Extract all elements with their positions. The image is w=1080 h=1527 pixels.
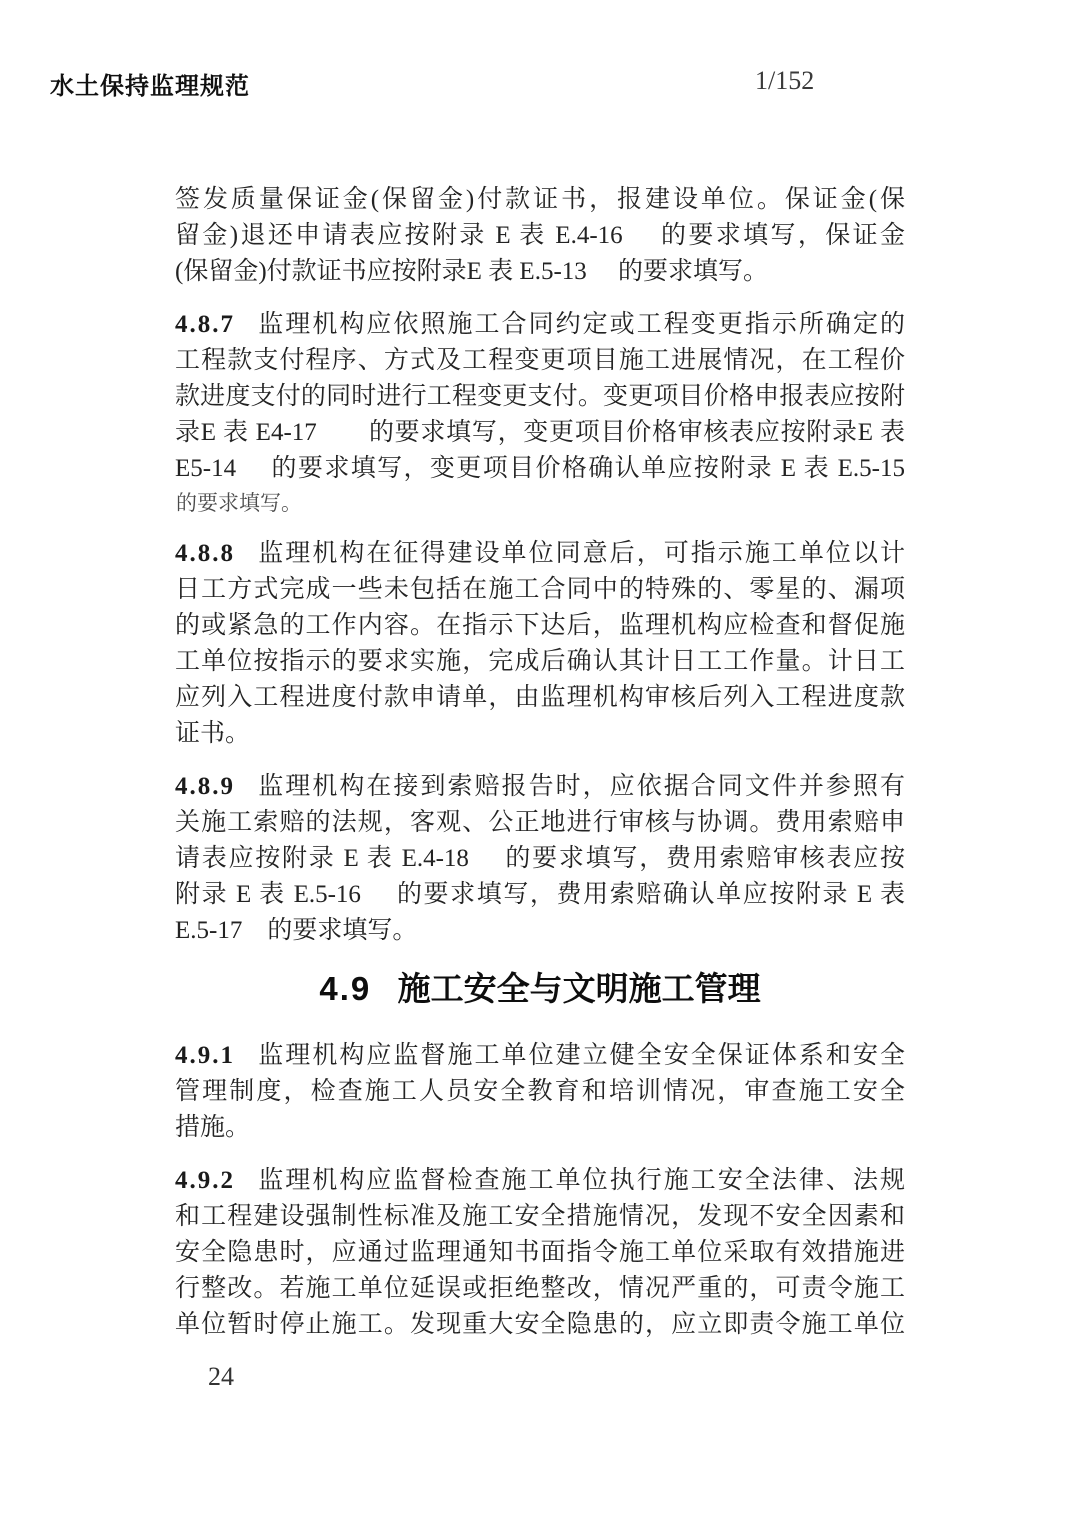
text-line: 4.9.1监理机构应监督施工单位建立健全安全保证体系和安全	[175, 1038, 905, 1074]
text-line: 款进度支付的同时进行工程变更支付。变更项目价格申报表应按附	[175, 379, 905, 415]
clause-number: 4.8.9	[175, 773, 235, 800]
text-line: 4.8.7监理机构应依照施工合同约定或工程变更指示所确定的	[175, 307, 905, 343]
text-line: 录E 表 E4-17 的要求填写，变更项目价格审核表应按附录E 表	[175, 415, 905, 451]
text-line: 4.9.2监理机构应监督检查施工单位执行施工安全法律、法规	[175, 1163, 905, 1199]
section-number: 4.9	[319, 970, 371, 1007]
text-line: 证书。	[175, 716, 905, 752]
text-line: 工单位按指示的要求实施，完成后确认其计日工工作量。计日工	[175, 644, 905, 680]
clause-4-8-8: 4.8.8监理机构在征得建设单位同意后，可指示施工单位以计日工方式完成一些未包括…	[175, 536, 905, 752]
text-line: 日工方式完成一些未包括在施工合同中的特殊的、零星的、漏项	[175, 572, 905, 608]
section-heading: 4.9施工安全与文明施工管理	[175, 966, 905, 1012]
clause-4-9-2: 4.9.2监理机构应监督检查施工单位执行施工安全法律、法规和工程建设强制性标准及…	[175, 1163, 905, 1343]
continuation-line: 的要求填写。	[176, 487, 905, 519]
paragraph: 签发质量保证金(保留金)付款证书，报建设单位。保证金(保留金)退还申请表应按附录…	[175, 182, 905, 290]
clause-number: 4.8.8	[175, 540, 235, 567]
text-line: 留金)退还申请表应按附录 E 表 E.4-16 的要求填写，保证金	[175, 218, 905, 254]
page-header: 水土保持监理规范 1/152	[50, 66, 1030, 100]
text-line: 管理制度，检查施工人员安全教育和培训情况，审查施工安全	[175, 1074, 905, 1110]
clause-number: 4.8.7	[175, 311, 235, 338]
doc-title: 水土保持监理规范	[50, 66, 250, 101]
page-indicator: 1/152	[755, 66, 814, 96]
clause-4-8-7: 4.8.7监理机构应依照施工合同约定或工程变更指示所确定的工程款支付程序、方式及…	[175, 307, 905, 487]
clause-number: 4.9.2	[175, 1167, 235, 1194]
footer-page-number: 24	[208, 1362, 234, 1392]
text-line: 签发质量保证金(保留金)付款证书，报建设单位。保证金(保	[175, 182, 905, 218]
text-line: 附录 E 表 E.5-16 的要求填写，费用索赔确认单应按附录 E 表	[175, 877, 905, 913]
text-line: 关施工索赔的法规，客观、公正地进行审核与协调。费用索赔申	[175, 805, 905, 841]
text-line: 安全隐患时，应通过监理通知书面指令施工单位采取有效措施进	[175, 1235, 905, 1271]
text-line: 4.8.8监理机构在征得建设单位同意后，可指示施工单位以计	[175, 536, 905, 572]
clause-number: 4.9.1	[175, 1042, 235, 1069]
clause-4-8-9: 4.8.9监理机构在接到索赔报告时，应依据合同文件并参照有关施工索赔的法规，客观…	[175, 769, 905, 949]
text-line: 请表应按附录 E 表 E.4-18 的要求填写，费用索赔审核表应按	[175, 841, 905, 877]
text-line: 行整改。若施工单位延误或拒绝整改，情况严重的，可责令施工	[175, 1271, 905, 1307]
text-line: 的或紧急的工作内容。在指示下达后，监理机构应检查和督促施	[175, 608, 905, 644]
clause-4-9-1: 4.9.1监理机构应监督施工单位建立健全安全保证体系和安全管理制度，检查施工人员…	[175, 1038, 905, 1146]
text-line: 措施。	[175, 1110, 905, 1146]
text-line: 单位暂时停止施工。发现重大安全隐患的，应立即责令施工单位	[175, 1307, 905, 1343]
text-line: 应列入工程进度付款申请单，由监理机构审核后列入工程进度款	[175, 680, 905, 716]
section-title: 施工安全与文明施工管理	[398, 970, 761, 1007]
text-line: E5-14 的要求填写，变更项目价格确认单应按附录 E 表 E.5-15	[175, 451, 905, 487]
document-body: 签发质量保证金(保留金)付款证书，报建设单位。保证金(保留金)退还申请表应按附录…	[175, 182, 905, 1360]
text-line: 工程款支付程序、方式及工程变更项目施工进展情况，在工程价	[175, 343, 905, 379]
text-line: 和工程建设强制性标准及施工安全措施情况，发现不安全因素和	[175, 1199, 905, 1235]
document-page: 水土保持监理规范 1/152 签发质量保证金(保留金)付款证书，报建设单位。保证…	[0, 0, 1080, 1527]
text-line: E.5-17 的要求填写。	[175, 913, 905, 949]
text-line: (保留金)付款证书应按附录E 表 E.5-13 的要求填写。	[175, 254, 905, 290]
text-line: 4.8.9监理机构在接到索赔报告时，应依据合同文件并参照有	[175, 769, 905, 805]
